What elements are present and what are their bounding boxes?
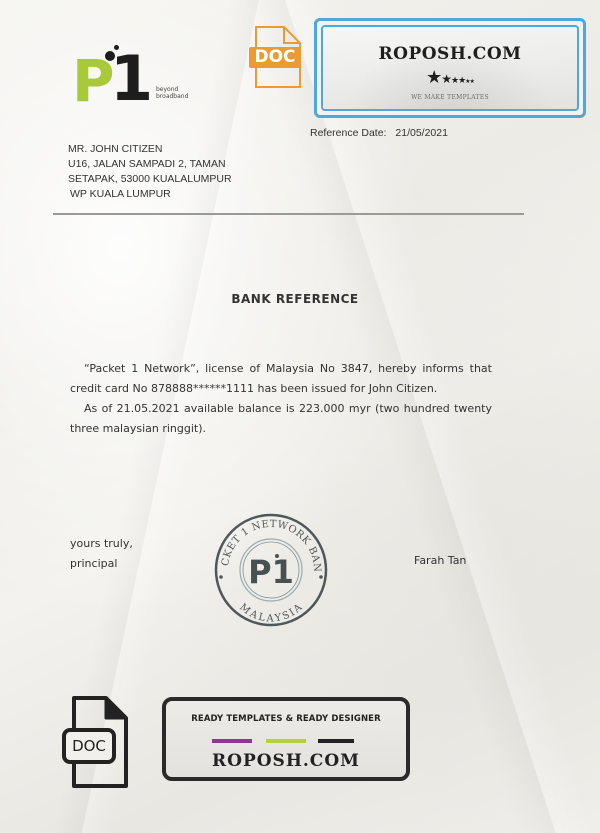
- address-line: WP KUALA LUMPUR: [68, 187, 232, 202]
- closing-line: yours truly,: [70, 534, 133, 554]
- doc-file-label: DOC: [62, 728, 116, 764]
- logo-p-letter: P: [72, 52, 113, 110]
- watermark-slogan: WE MAKE TEMPLATES: [323, 94, 577, 101]
- doc-file-icon: DOC: [248, 25, 303, 89]
- logo-tagline-line: broadband: [156, 93, 196, 100]
- logo-tagline: beyond broadband: [156, 86, 196, 100]
- color-bar: [266, 739, 306, 743]
- letter-body: “Packet 1 Network”, license of Malaysia …: [70, 359, 492, 439]
- closing-line: principal: [70, 554, 133, 574]
- signer-name: Farah Tan: [414, 554, 466, 567]
- document-title: BANK REFERENCE: [0, 292, 600, 306]
- address-line: SETAPAK, 53000 KUALALUMPUR: [68, 172, 232, 187]
- recipient-address: MR. JOHN CITIZEN U16, JALAN SAMPADI 2, T…: [68, 142, 232, 202]
- body-paragraph: “Packet 1 Network”, license of Malaysia …: [70, 359, 492, 399]
- doc-file-icon: DOC: [60, 694, 142, 790]
- footer-brand: ROPOSH.COM: [166, 751, 406, 771]
- company-logo: P 1 beyond broadband: [72, 42, 192, 106]
- address-line: U16, JALAN SAMPADI 2, TAMAN: [68, 157, 232, 172]
- star-rating-icon: ★★★★★★: [323, 67, 577, 88]
- reference-date-value: 21/05/2021: [395, 127, 448, 139]
- footer-tagline: READY TEMPLATES & READY DESIGNER: [166, 714, 406, 724]
- reference-date-label: Reference Date:: [310, 127, 386, 139]
- watermark-banner: ROPOSH.COM ★★★★★★ WE MAKE TEMPLATES: [314, 18, 586, 118]
- svg-text:MALAYSIA: MALAYSIA: [237, 602, 305, 625]
- svg-text:P1: P1: [248, 553, 294, 591]
- doc-file-label: DOC: [249, 47, 301, 68]
- address-line: MR. JOHN CITIZEN: [68, 142, 232, 157]
- letter-closing: yours truly, principal: [70, 534, 133, 574]
- color-bar: [318, 739, 354, 743]
- bank-stamp: PACKET 1 NETWORK BANK MALAYSIA P1: [206, 510, 336, 630]
- footer-banner: READY TEMPLATES & READY DESIGNER ROPOSH.…: [162, 697, 410, 781]
- reference-date: Reference Date: 21/05/2021: [310, 127, 448, 139]
- logo-tagline-line: beyond: [156, 86, 196, 93]
- logo-digit: 1: [110, 48, 153, 110]
- color-bar: [212, 739, 252, 743]
- header-divider: [53, 213, 524, 215]
- color-bars: [166, 739, 406, 743]
- watermark-brand: ROPOSH.COM: [323, 44, 577, 64]
- body-paragraph: As of 21.05.2021 available balance is 22…: [70, 399, 492, 439]
